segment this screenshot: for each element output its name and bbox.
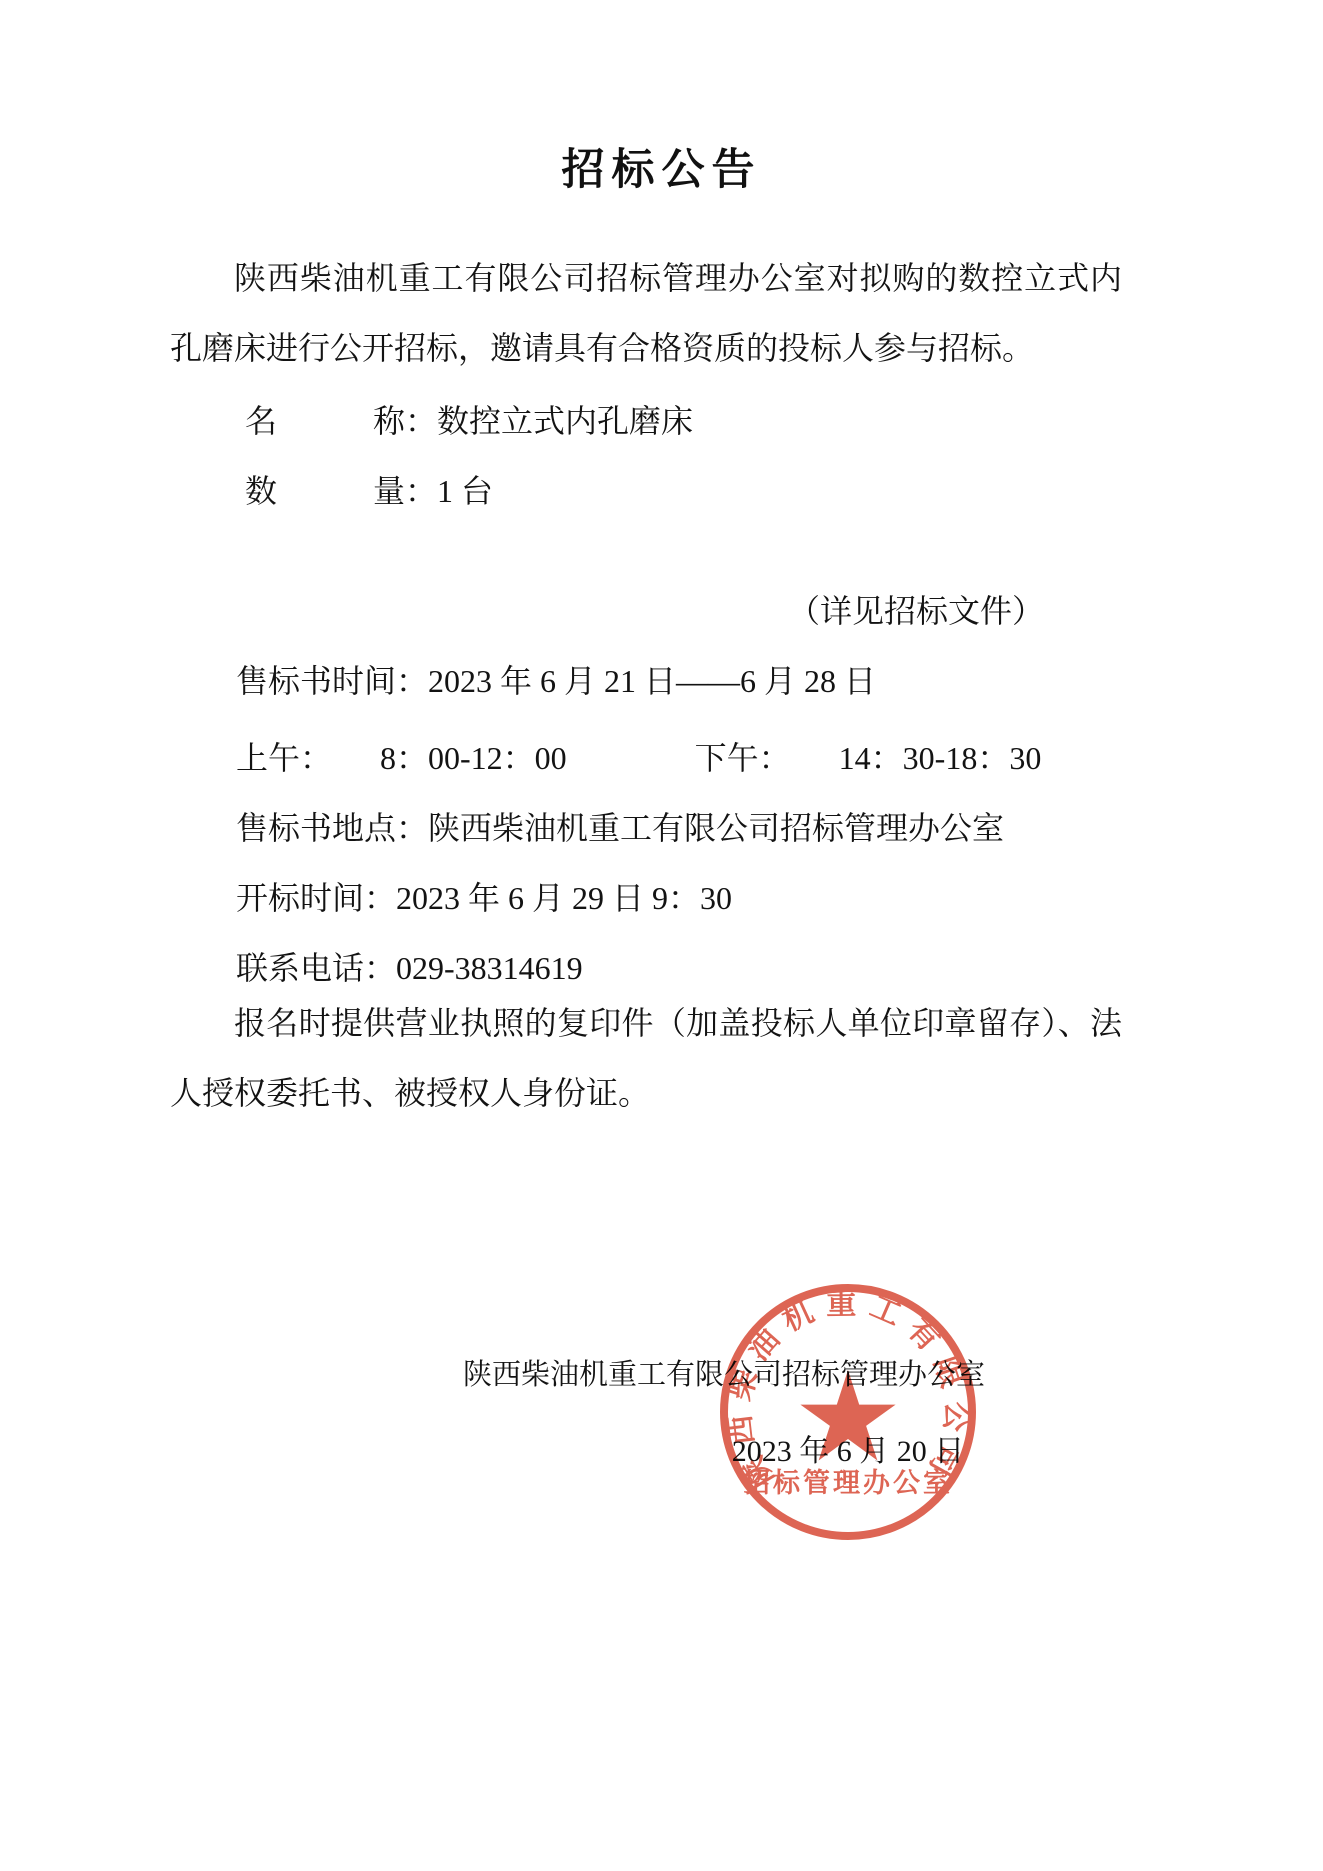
detail-phone-line: 联系电话：029-38314619 <box>236 943 583 989</box>
detail-sale-time-line: 售标书时间：2023 年 6 月 21 日——6 月 28 日 <box>236 656 876 702</box>
page-title: 招标公告 <box>0 136 1323 197</box>
detail-sale-location-line: 售标书地点：陕西柴油机重工有限公司招标管理办公室 <box>236 803 1004 849</box>
spec-quantity-line: 数 量：1 台 <box>245 466 493 512</box>
detail-opening-time-line: 开标时间：2023 年 6 月 29 日 9：30 <box>236 873 732 919</box>
stamp-office-text: 招标管理办公室 <box>743 1467 953 1498</box>
spec-name-line: 名 称：数控立式内孔磨床 <box>245 396 693 442</box>
intro-paragraph: 陕西柴油机重工有限公司招标管理办公室对拟购的数控立式内孔磨床进行公开招标，邀请具… <box>170 243 1122 383</box>
registration-requirements-paragraph: 报名时提供营业执照的复印件（加盖投标人单位印章留存）、法人授权委托书、被授权人身… <box>170 988 1122 1128</box>
stamp-star-icon <box>800 1370 895 1461</box>
see-tender-docs-note: （详见招标文件） <box>788 586 1044 632</box>
tender-announcement-page: 招标公告 陕西柴油机重工有限公司招标管理办公室对拟购的数控立式内孔磨床进行公开招… <box>0 0 1323 1871</box>
official-stamp: 陕西柴油机重工有限公司 招标管理办公室 <box>716 1276 982 1552</box>
detail-hours-line: 上午： 8：00-12：00 下午： 14：30-18：30 <box>236 733 1041 779</box>
